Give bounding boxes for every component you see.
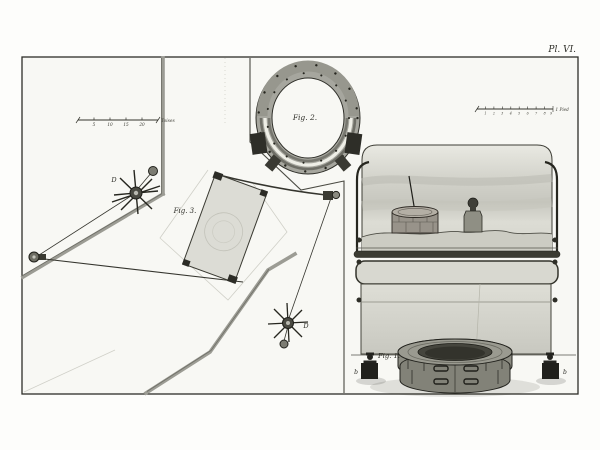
fig1-label: Fig. 1. (377, 352, 400, 360)
block-letter-left: b (354, 369, 358, 376)
ring-joint-block (250, 132, 268, 155)
scale-tick-label: 4 (509, 112, 512, 116)
pulley-block (323, 191, 340, 200)
scale-tick-label: 1 (484, 112, 486, 116)
left-block (361, 363, 378, 379)
plate-canvas: Pl. VI. (0, 0, 600, 450)
scale-tick-label: 15 (123, 122, 129, 127)
scale-tick-label: 6 (527, 112, 529, 116)
fig2-label: Fig. 2. (292, 113, 317, 122)
scale-tick-label: 5 (518, 112, 520, 116)
right-block (542, 363, 559, 379)
scale-tick-label: 20 (138, 122, 145, 127)
capstan-upper-label: D (110, 176, 117, 184)
ring-joint-block (345, 132, 363, 155)
engraving-plate-page: Pl. VI. (0, 0, 600, 450)
circular-base (398, 339, 512, 393)
scale-unit-label: Toises (161, 119, 175, 124)
wash-band (362, 178, 552, 182)
middle-slab (356, 261, 558, 284)
wash-band (362, 202, 552, 206)
pulley-ball (280, 340, 288, 348)
scale-tick-label: 3 (501, 112, 503, 116)
scale-tick-label: 9 (550, 112, 552, 116)
scale-tick-label: 8 (544, 112, 546, 116)
scale-tick-label: 5 (93, 122, 96, 127)
fig3-label: Fig. 3. (173, 207, 197, 215)
block-letter-right: b (563, 369, 567, 376)
scale-unit-label: 1 Pied (556, 107, 570, 112)
pulley-ball (149, 167, 158, 176)
scale-tick-label: 2 (492, 112, 495, 116)
plate-number-label: Pl. VI. (547, 45, 576, 55)
fig1-elevation: b b Fig. 1. 1 2 3 4 5 6 7 8 9 1 Pied (351, 106, 576, 397)
capstan-lower-label: D (302, 322, 309, 330)
scale-tick-label: 10 (107, 122, 113, 127)
